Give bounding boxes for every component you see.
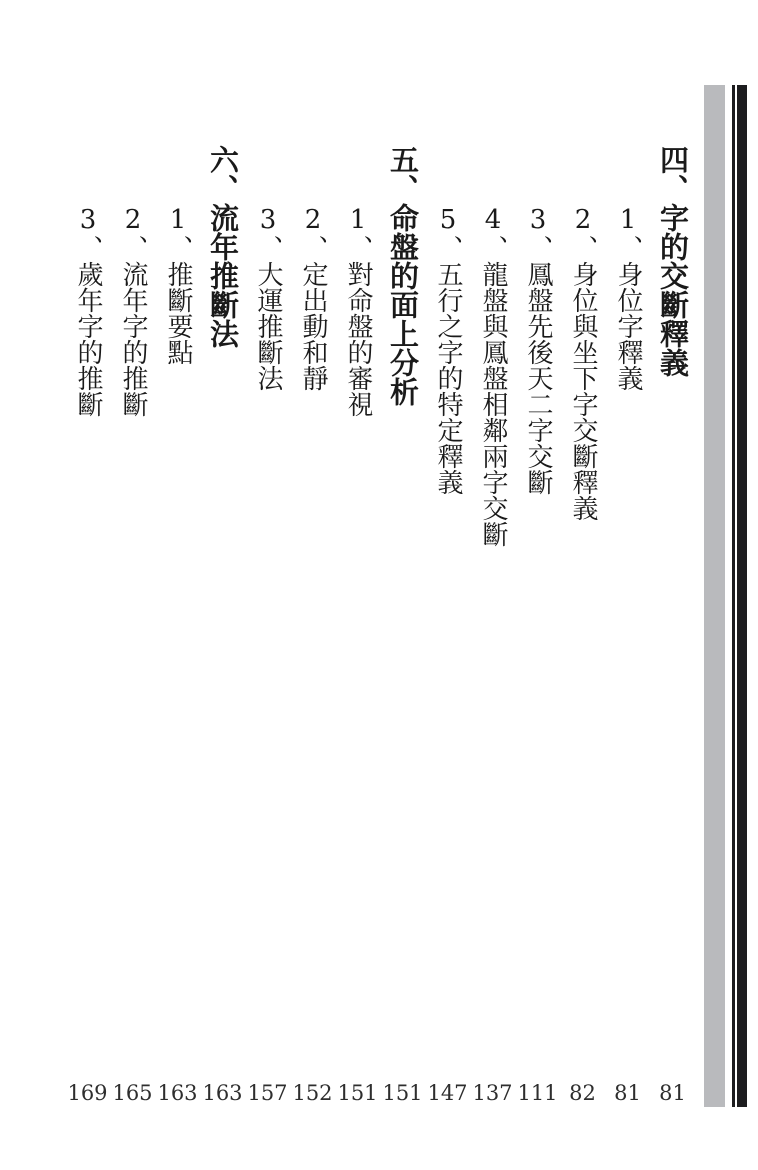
toc-entry-label: 3、鳳盤先後天二字交斷 <box>515 145 560 1170</box>
toc-entry-page-number: 163 <box>200 1083 245 1104</box>
toc-entry-sub: 1、身位字釋義 81 <box>605 145 650 1170</box>
toc-entry-page-number: 81 <box>605 1083 650 1104</box>
toc-entry-label: 1、推斷要點 <box>155 145 200 1170</box>
toc-entry-page-number: 151 <box>380 1083 425 1104</box>
toc-entry-sub: 3、鳳盤先後天二字交斷 111 <box>515 145 560 1170</box>
toc-entry-sub: 5、五行之字的特定釋義 147 <box>425 145 470 1170</box>
toc-entry-sub: 3、歲年字的推斷 169 <box>65 145 110 1170</box>
toc-entry-sub: 2、身位與坐下字交斷釋義 82 <box>560 145 605 1170</box>
toc-entry-label: 2、身位與坐下字交斷釋義 <box>560 145 605 1170</box>
page-edge-black-bar <box>737 85 747 1107</box>
toc-entry-page-number: 82 <box>560 1083 605 1104</box>
toc-entry-page-number: 137 <box>470 1083 515 1104</box>
toc-entry-sub: 3、大運推斷法 157 <box>245 145 290 1170</box>
toc-entry-label: 5、五行之字的特定釋義 <box>425 145 470 1170</box>
toc-entry-sub: 4、龍盤與鳳盤相鄰兩字交斷 137 <box>470 145 515 1170</box>
toc-entry-section: 四、字的交斷釋義 81 <box>650 145 695 1170</box>
toc-entry-page-number: 169 <box>65 1083 110 1104</box>
toc-entry-page-number: 152 <box>290 1083 335 1104</box>
toc-entry-page-number: 151 <box>335 1083 380 1104</box>
toc-entry-sub: 2、流年字的推斷 165 <box>110 145 155 1170</box>
toc-columns: 四、字的交斷釋義 81 1、身位字釋義 81 2、身位與坐下字交斷釋義 82 3… <box>65 145 695 1170</box>
toc-entry-page-number: 81 <box>650 1083 695 1104</box>
toc-entry-label: 3、歲年字的推斷 <box>65 145 110 1170</box>
toc-entry-label: 六、流年推斷法 <box>200 145 245 1170</box>
toc-entry-label: 1、身位字釋義 <box>605 145 650 1170</box>
toc-entry-label: 3、大運推斷法 <box>245 145 290 1170</box>
page-edge-thin-line <box>732 85 735 1107</box>
toc-entry-label: 2、定出動和靜 <box>290 145 335 1170</box>
toc-entry-sub: 1、推斷要點 163 <box>155 145 200 1170</box>
toc-entry-page-number: 163 <box>155 1083 200 1104</box>
toc-entry-sub: 2、定出動和靜 152 <box>290 145 335 1170</box>
toc-entry-label: 4、龍盤與鳳盤相鄰兩字交斷 <box>470 145 515 1170</box>
toc-entry-sub: 1、對命盤的審視 151 <box>335 145 380 1170</box>
toc-entry-label: 四、字的交斷釋義 <box>650 145 695 1170</box>
book-toc-page: 四、字的交斷釋義 81 1、身位字釋義 81 2、身位與坐下字交斷釋義 82 3… <box>0 0 758 1170</box>
toc-entry-page-number: 165 <box>110 1083 155 1104</box>
toc-entry-page-number: 147 <box>425 1083 470 1104</box>
toc-entry-page-number: 157 <box>245 1083 290 1104</box>
toc-entry-label: 1、對命盤的審視 <box>335 145 380 1170</box>
toc-entry-label: 五、命盤的面上分析 <box>380 145 425 1170</box>
toc-entry-section: 五、命盤的面上分析 151 <box>380 145 425 1170</box>
toc-entry-label: 2、流年字的推斷 <box>110 145 155 1170</box>
toc-entry-section: 六、流年推斷法 163 <box>200 145 245 1170</box>
toc-entry-page-number: 111 <box>515 1083 560 1104</box>
page-edge-gray-bar <box>704 85 725 1107</box>
